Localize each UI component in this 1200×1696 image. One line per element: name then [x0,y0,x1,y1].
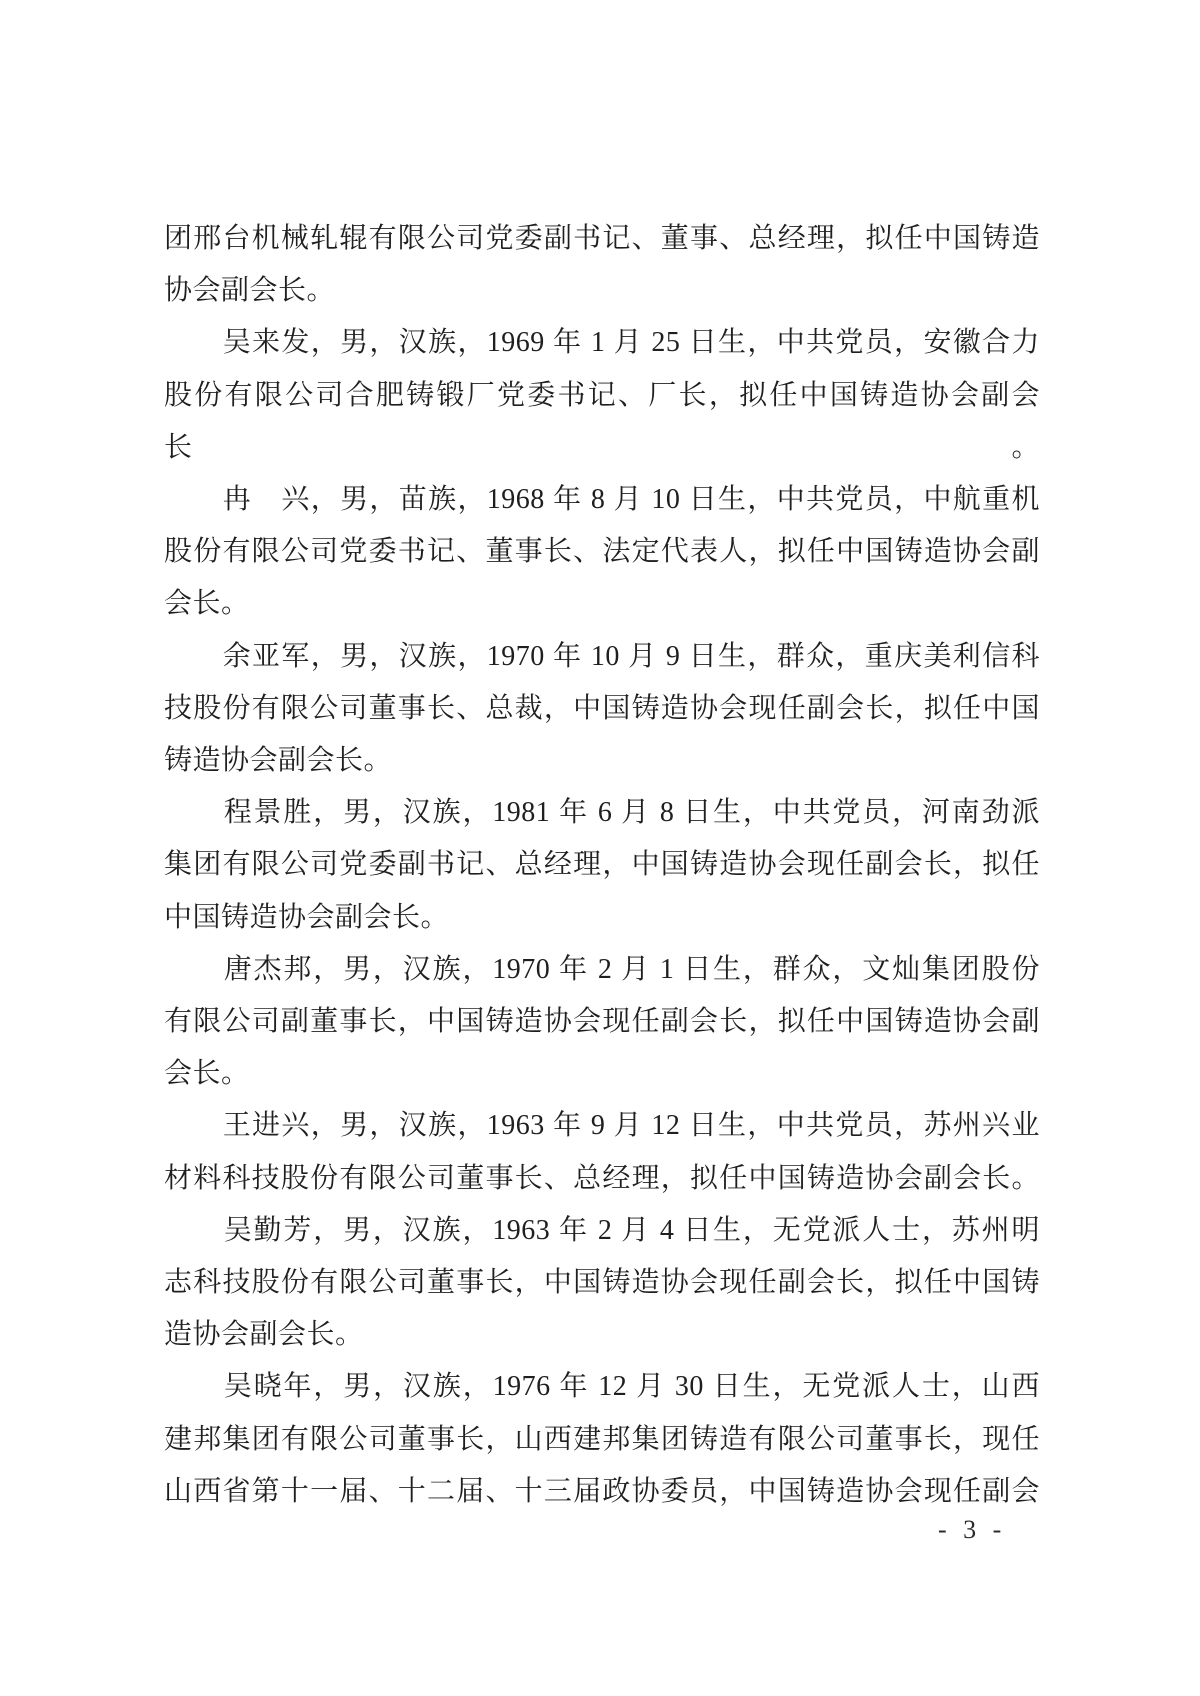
text-line: 吴勤芳，男，汉族，1963 年 2 月 4 日生，无党派人士，苏州明 [164,1205,1040,1257]
document-body: 团邢台机械轧辊有限公司党委副书记、董事、总经理，拟任中国铸造 协会副会长。 吴来… [164,213,1040,1518]
text-line: 王进兴，男，汉族，1963 年 9 月 12 日生，中共党员，苏州兴业 [164,1100,1040,1152]
text-line: 集团有限公司党委副书记、总经理，中国铸造协会现任副会长，拟任 [164,839,1040,891]
text-line: 团邢台机械轧辊有限公司党委副书记、董事、总经理，拟任中国铸造 [164,213,1040,265]
text-line: 材料科技股份有限公司董事长、总经理，拟任中国铸造协会副会长。 [164,1153,1040,1205]
text-line: 中国铸造协会副会长。 [164,892,1040,944]
text-line: 志科技股份有限公司董事长，中国铸造协会现任副会长，拟任中国铸 [164,1257,1040,1309]
document-page: 团邢台机械轧辊有限公司党委副书记、董事、总经理，拟任中国铸造 协会副会长。 吴来… [0,0,1200,1696]
page-number: - 3 - [938,1515,1006,1545]
text-line: 会长。 [164,1048,1040,1100]
text-line: 吴晓年，男，汉族，1976 年 12 月 30 日生，无党派人士，山西 [164,1361,1040,1413]
text-line: 有限公司副董事长，中国铸造协会现任副会长，拟任中国铸造协会副 [164,996,1040,1048]
text-line: 股份有限公司合肥铸锻厂党委书记、厂长，拟任中国铸造协会副会长。 [164,370,1040,474]
text-line: 会长。 [164,578,1040,630]
text-line: 股份有限公司党委书记、董事长、法定代表人，拟任中国铸造协会副 [164,526,1040,578]
text-line: 建邦集团有限公司董事长，山西建邦集团铸造有限公司董事长，现任 [164,1414,1040,1466]
text-line: 造协会副会长。 [164,1309,1040,1361]
text-line: 技股份有限公司董事长、总裁，中国铸造协会现任副会长，拟任中国 [164,683,1040,735]
text-line: 余亚军，男，汉族，1970 年 10 月 9 日生，群众，重庆美利信科 [164,631,1040,683]
text-line: 冉 兴，男，苗族，1968 年 8 月 10 日生，中共党员，中航重机 [164,474,1040,526]
text-line: 铸造协会副会长。 [164,735,1040,787]
text-line: 协会副会长。 [164,265,1040,317]
text-line: 程景胜，男，汉族，1981 年 6 月 8 日生，中共党员，河南劲派 [164,787,1040,839]
text-line: 吴来发，男，汉族，1969 年 1 月 25 日生，中共党员，安徽合力 [164,317,1040,369]
text-line: 唐杰邦，男，汉族，1970 年 2 月 1 日生，群众，文灿集团股份 [164,944,1040,996]
text-line: 山西省第十一届、十二届、十三届政协委员，中国铸造协会现任副会 [164,1466,1040,1518]
